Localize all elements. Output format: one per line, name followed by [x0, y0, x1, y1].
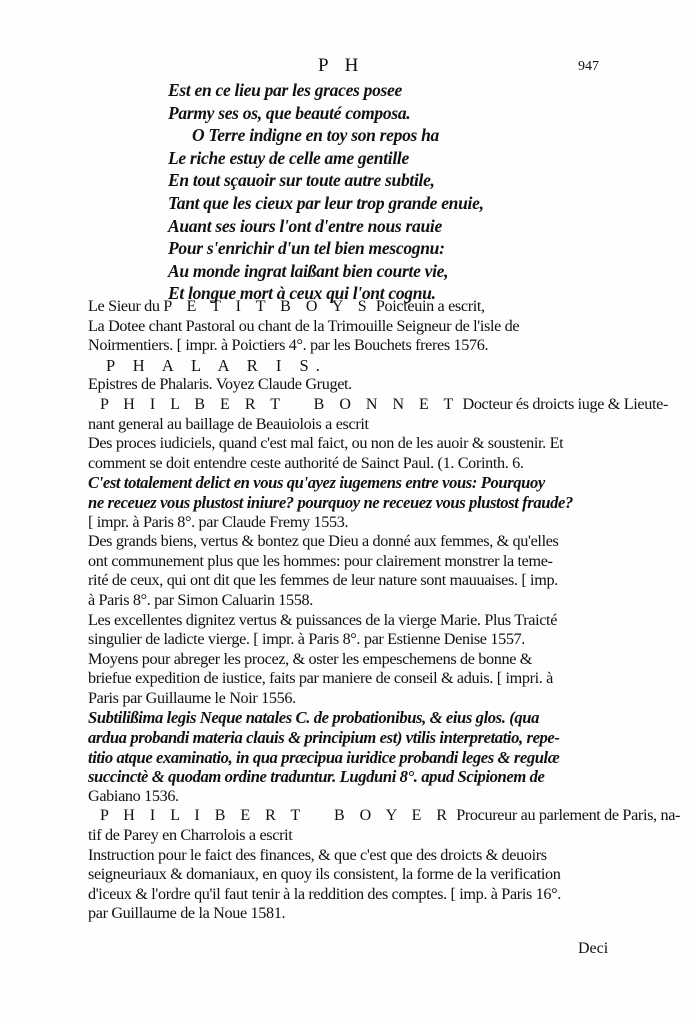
entry-line: rité de ceux, qui ont dit que les femmes…: [88, 571, 648, 591]
entry-line: Instruction pour le faict des finances, …: [88, 846, 648, 866]
entry-bonnet-heading: P H I L B E R T B O N N E T Docteur és d…: [88, 395, 648, 415]
italic-quote-line: C'est totalement delict en vous qu'ayez …: [88, 473, 648, 493]
author-name: P E T I T B O Y S: [163, 298, 372, 315]
entry-line: ont communement plus que les hommes: pou…: [88, 552, 648, 572]
entry-line: La Dotee chant Pastoral ou chant de la T…: [88, 317, 648, 337]
entry-line: [ impr. à Paris 8°. par Claude Fremy 155…: [88, 513, 648, 533]
author-description: Procureur au parlement de Paris, na-: [453, 806, 681, 824]
entry-prefix: Le Sieur du: [88, 297, 163, 315]
entry-boyer-heading: P H I L I B E R T B O Y E R Procureur au…: [88, 806, 648, 826]
verse-line: Pour s'enrichir d'un tel bien mescognu:: [168, 237, 588, 260]
verse-line: Auant ses iours l'ont d'entre nous rauie: [168, 215, 588, 238]
page-number: 947: [578, 59, 599, 75]
entry-line: Les excellentes dignitez vertus & puissa…: [88, 611, 648, 631]
entry-line: Epistres de Phalaris. Voyez Claude Gruge…: [88, 375, 648, 395]
entry-line: d'iceux & l'ordre qu'il faut tenir à la …: [88, 885, 648, 905]
epitaph-verse: Est en ce lieu par les graces posee Parm…: [168, 79, 588, 305]
author-description: Docteur és droicts iuge & Lieute-: [459, 395, 668, 413]
entry-line: Moyens pour abreger les procez, & oster …: [88, 650, 648, 670]
entry-line: nant general au baillage de Beauiolois a…: [88, 415, 648, 435]
italic-latin-line: Subtilißima legis Neque natales C. de pr…: [88, 708, 648, 728]
verse-line: Parmy ses os, que beauté composa.: [168, 102, 588, 125]
entry-line: Gabiano 1536.: [88, 787, 648, 807]
running-head: P H 947: [0, 55, 696, 79]
author-description: Poicteuin a escrit,: [372, 297, 485, 315]
book-page: P H 947 Est en ce lieu par les graces po…: [0, 0, 696, 1024]
entry-line: seigneuriaux & domaniaux, en quoy ils co…: [88, 865, 648, 885]
entry-line: singulier de ladicte vierge. [ impr. à P…: [88, 630, 648, 650]
verse-line: Tant que les cieux par leur trop grande …: [168, 192, 588, 215]
entry-line: Des proces iudiciels, quand c'est mal fa…: [88, 434, 648, 454]
entry-line: à Paris 8°. par Simon Caluarin 1558.: [88, 591, 648, 611]
entry-line: comment se doit entendre ceste authorité…: [88, 454, 648, 474]
verse-line: Le riche estuy de celle ame gentille: [168, 147, 588, 170]
italic-latin-line: succinctè & quodam ordine traduntur. Lug…: [88, 767, 648, 787]
entry-line: briefue expedition de iustice, faits par…: [88, 669, 648, 689]
verse-line: Est en ce lieu par les graces posee: [168, 79, 588, 102]
entry-petitboys-heading: Le Sieur du P E T I T B O Y S Poicteuin …: [88, 297, 648, 317]
italic-quote-line: ne receuez vous plustost iniure? pourquo…: [88, 493, 648, 513]
bibliography-entries: Le Sieur du P E T I T B O Y S Poicteuin …: [88, 297, 648, 924]
entry-line: Noirmentiers. [ impr. à Poictiers 4°. pa…: [88, 336, 648, 356]
italic-latin-line: titio atque examinatio, in qua præcipua …: [88, 748, 648, 768]
entry-line: tif de Parey en Charrolois a escrit: [88, 826, 648, 846]
verse-line: En tout sçauoir sur toute autre subtile,: [168, 169, 588, 192]
entry-line: Paris par Guillaume le Noir 1556.: [88, 689, 648, 709]
italic-latin-line: ardua probandi materia clauis & principi…: [88, 728, 648, 748]
verse-line: Au monde ingrat laißant bien courte vie,: [168, 260, 588, 283]
author-heading-phalaris: P H A L A R I S.: [88, 356, 648, 376]
running-head-title: P H: [318, 55, 364, 77]
author-name: P H I L B E R T B O N N E T: [100, 396, 459, 413]
author-name: P H I L I B E R T B O Y E R: [100, 807, 453, 824]
entry-line: Des grands biens, vertus & bontez que Di…: [88, 532, 648, 552]
verse-line: O Terre indigne en toy son repos ha: [168, 124, 588, 147]
entry-line: par Guillaume de la Noue 1581.: [88, 904, 648, 924]
catchword: Deci: [578, 940, 608, 958]
